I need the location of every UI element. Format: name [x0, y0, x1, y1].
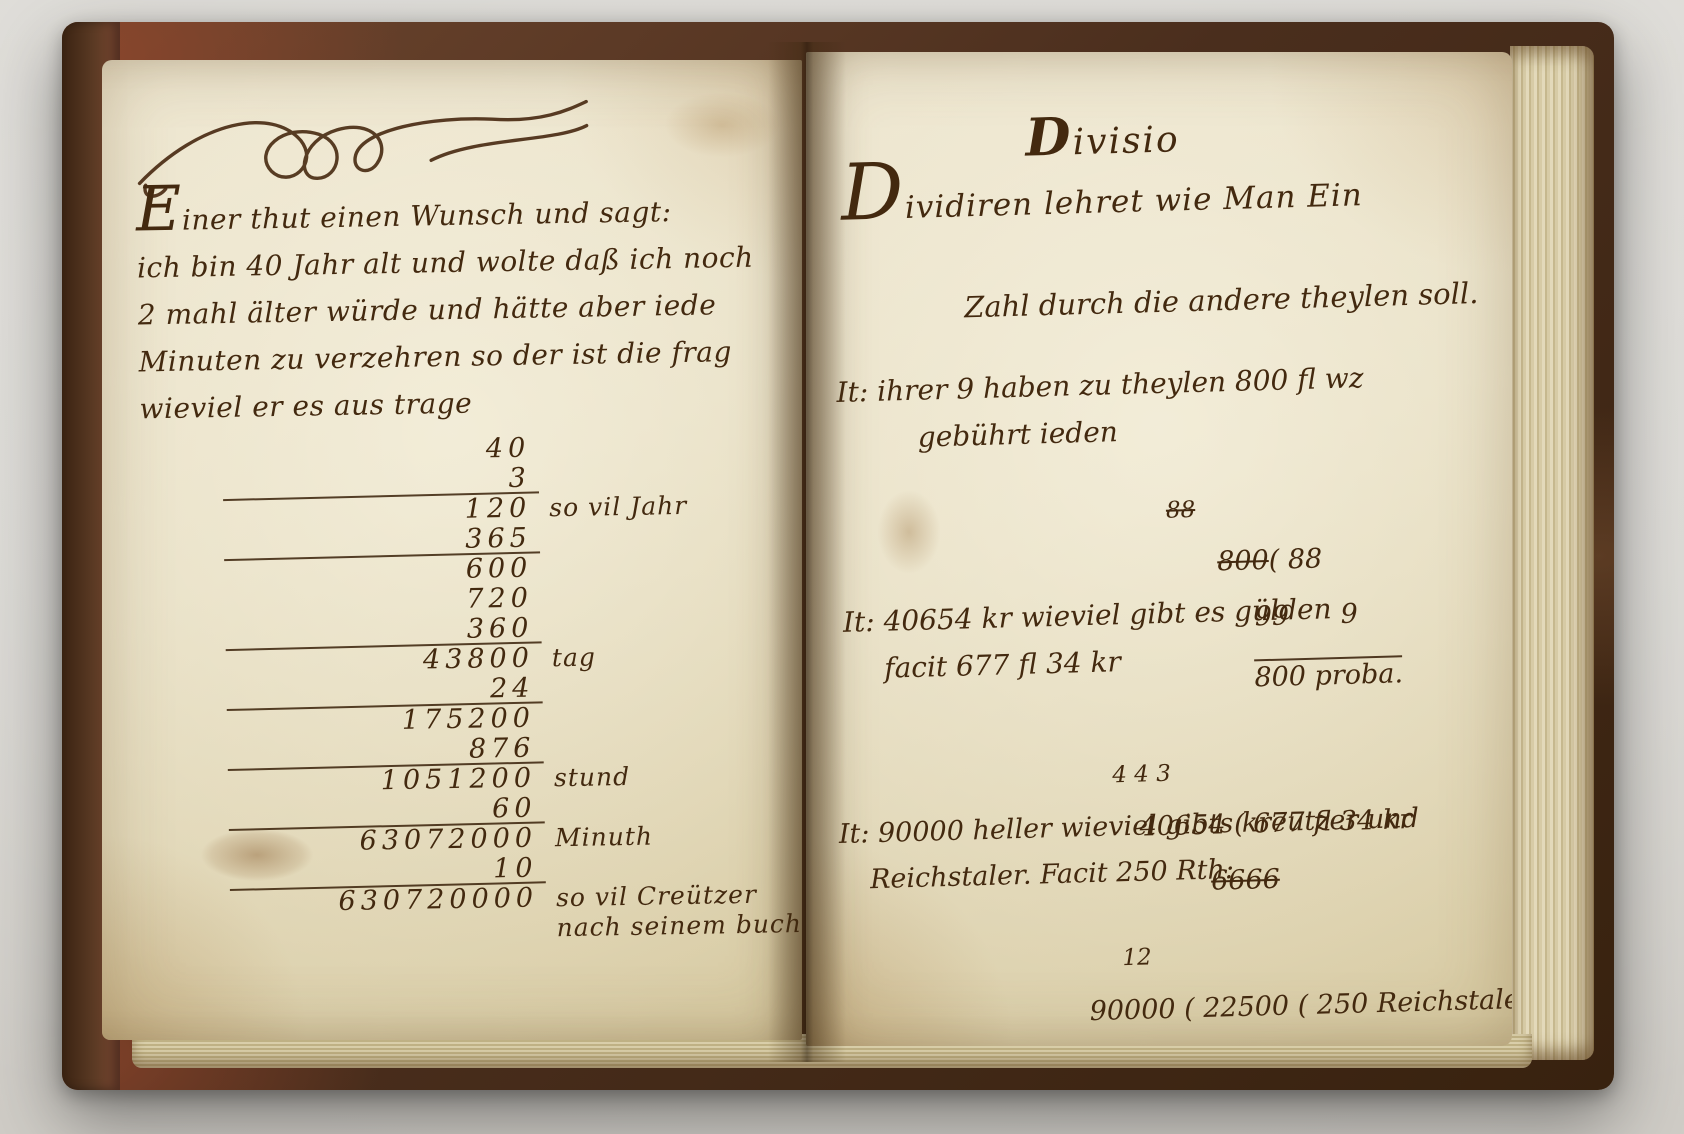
calc-value: 63072000	[359, 823, 537, 857]
problem-paragraph: Einer thut einen Wunsch und sagt: ich bi…	[136, 182, 770, 432]
calc-value: 10	[493, 853, 538, 885]
calc-row: nach seinem buch	[258, 914, 538, 949]
right-page: Divisio Dividiren lehret wie Man Ein Zah…	[806, 52, 1512, 1046]
calc-value: 43800	[423, 643, 534, 676]
opening-line: Dividiren lehret wie Man Ein	[841, 164, 1364, 228]
calc-note: so vil Jahr	[549, 491, 687, 523]
calc-value: 720	[466, 583, 533, 615]
calc-value: 600	[466, 553, 533, 585]
division-working-1: 88 800( 88 99 9 800 proba.	[1128, 437, 1404, 723]
example2-line: facit 677 fl 34 kr	[884, 645, 1121, 685]
working-quotient: ( 88	[1268, 543, 1322, 575]
calc-value: 24	[490, 673, 535, 705]
calculation-column: 40 3 120so vil Jahr 365 600 720 360 4380…	[250, 434, 539, 949]
calc-row: 630720000so vil Creützer	[258, 884, 538, 919]
calc-note: Minuth	[555, 822, 653, 854]
calc-value: 175200	[402, 703, 536, 736]
opening-line: Zahl durch die andere theylen soll.	[964, 276, 1479, 324]
calc-value: 3	[508, 463, 531, 494]
page-stack-fore-edge	[1510, 46, 1594, 1060]
working-dividend: 800	[1217, 545, 1269, 577]
calc-value: 120	[464, 493, 531, 525]
calc-value: 365	[465, 523, 532, 555]
left-page: Einer thut einen Wunsch und sagt: ich bi…	[102, 60, 802, 1040]
working-main-row: 90000 ( 22500 ( 250 Reichstaler	[1089, 984, 1512, 1027]
paragraph-line: wieviel er es aus trage	[139, 374, 770, 432]
working-carry-digits: 88	[1166, 493, 1399, 521]
calc-value: 40	[486, 433, 531, 465]
calc-note: stund	[554, 762, 631, 793]
calc-value: 630720000	[338, 883, 538, 917]
working-divisor-row: 44444 9990	[1151, 1045, 1358, 1046]
example1-line: It: ihrer 9 haben zu theylen 800 fl wz	[836, 361, 1364, 409]
division-working-3: 12 90000 ( 22500 ( 250 Reichstaler 44444…	[1001, 880, 1512, 1046]
working-carry-digits: 4 4 3	[1112, 756, 1411, 786]
working-proba: 800 proba.	[1254, 655, 1403, 692]
photo-background: Einer thut einen Wunsch und sagt: ich bi…	[0, 0, 1684, 1134]
calc-row: 40	[250, 434, 530, 469]
calc-value: 1051200	[380, 763, 536, 797]
example1-line: gebührt ieden	[917, 415, 1118, 454]
calc-note: so vil Creützer	[556, 880, 757, 914]
calc-value: 876	[469, 733, 536, 765]
calc-note: nach seinem buch	[556, 909, 802, 943]
calc-value: 360	[467, 613, 534, 645]
calc-note: tag	[552, 643, 596, 674]
left-page-content: Einer thut einen Wunsch und sagt: ich bi…	[102, 60, 802, 1040]
calc-value: 60	[492, 793, 537, 825]
working-carry-digits: 12	[1122, 936, 1512, 969]
right-page-content: Divisio Dividiren lehret wie Man Ein Zah…	[806, 52, 1512, 1046]
manuscript-book: Einer thut einen Wunsch und sagt: ich bi…	[62, 22, 1614, 1090]
